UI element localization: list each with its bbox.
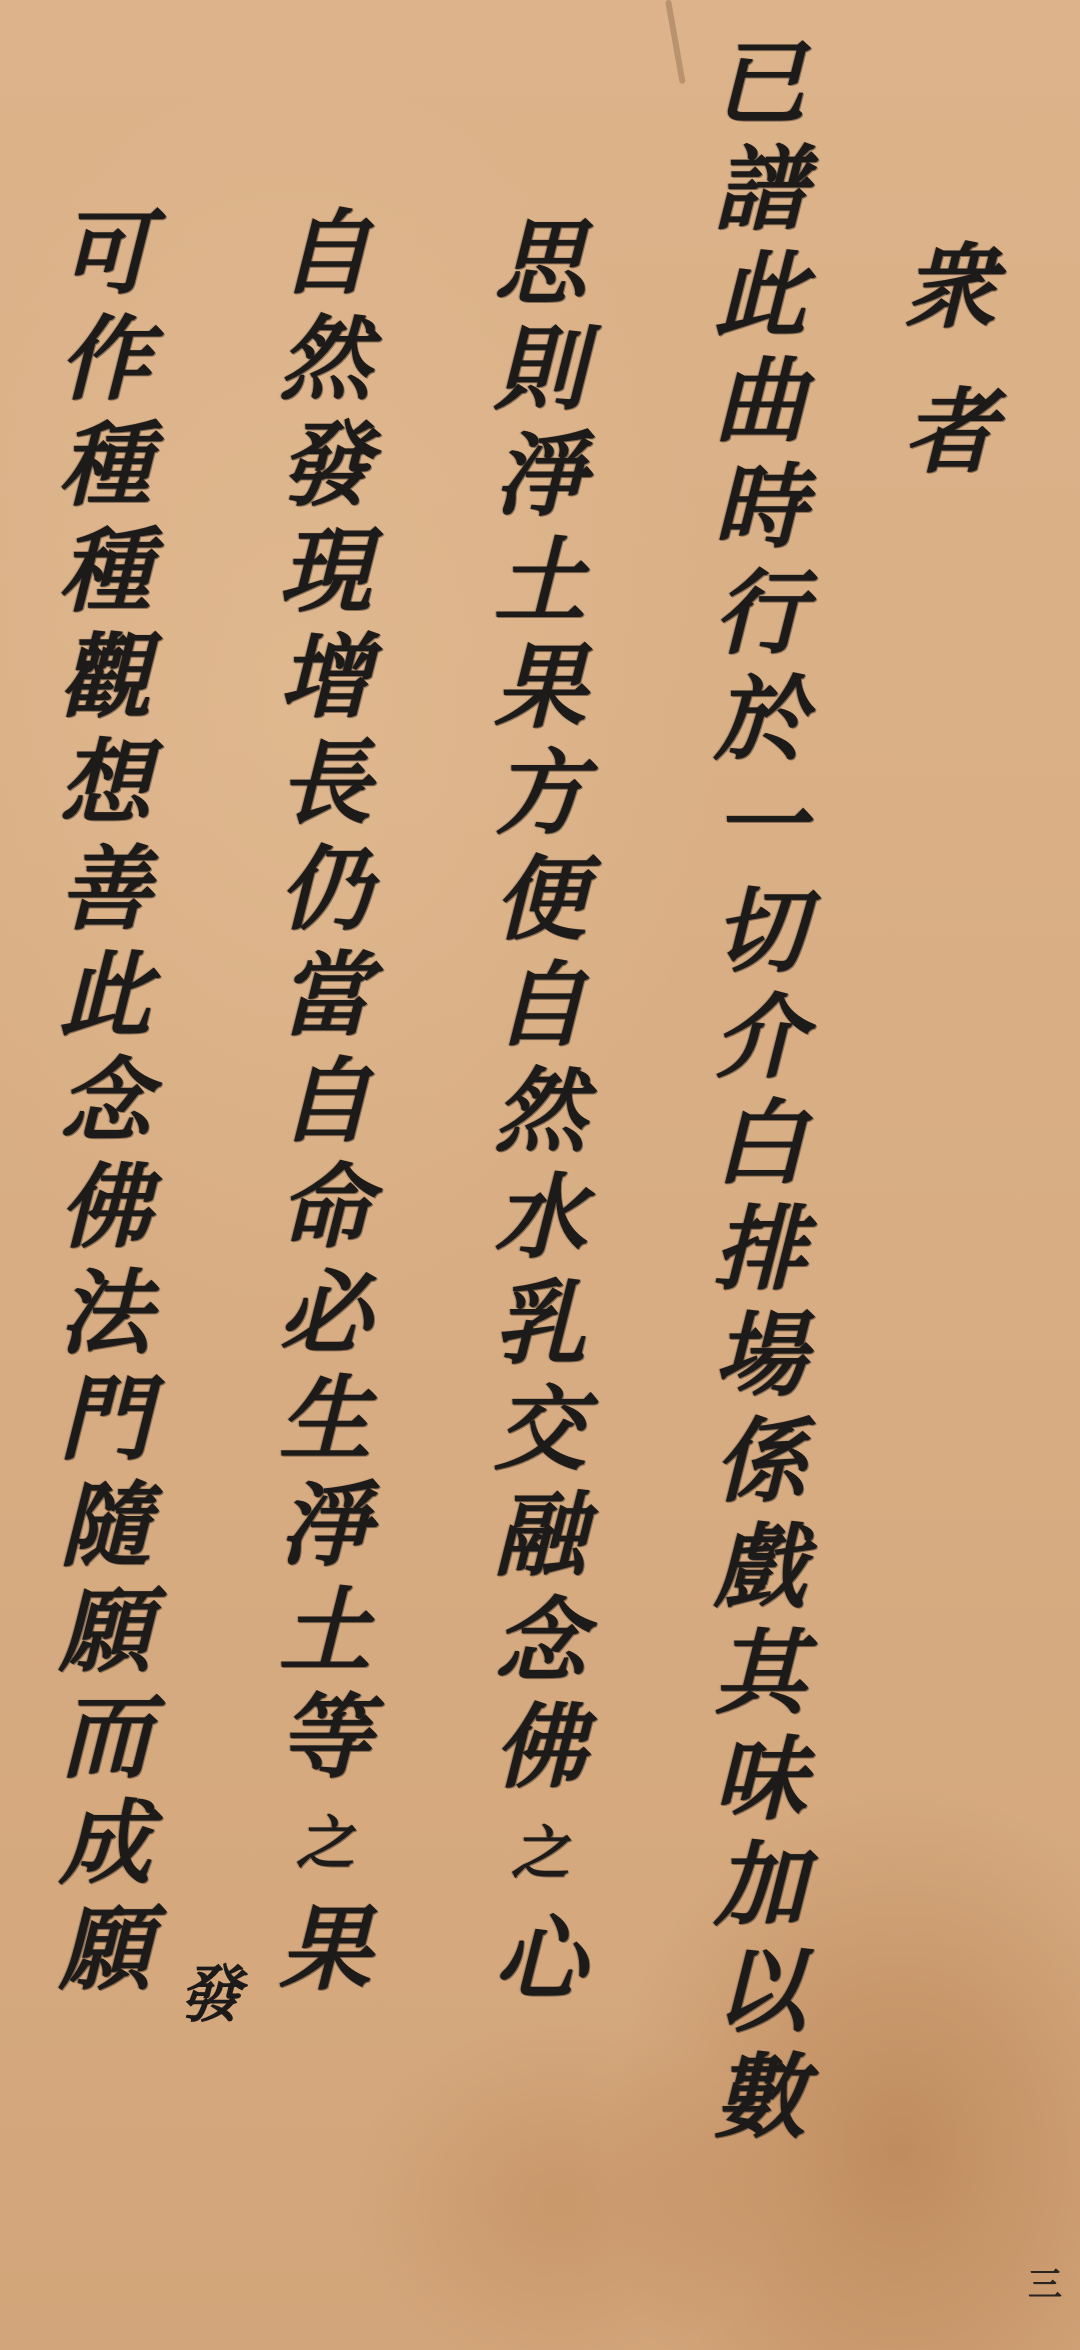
calligraphy-column-2: 已 譜 此 曲 時 行 於 一 切 介 白 排 場 係 戲 其 味 加 以 數 [705, 30, 815, 2150]
character: 成 [50, 1790, 160, 1896]
character: 淨 [270, 1472, 380, 1578]
character: 譜 [705, 136, 815, 242]
character: 而 [50, 1684, 160, 1790]
character: 願 [50, 1578, 160, 1684]
character: 者 [895, 360, 1005, 505]
character: 作 [50, 306, 160, 412]
character: 佛 [50, 1154, 160, 1260]
character: 然 [270, 306, 380, 412]
character: 介 [705, 984, 815, 1090]
character: 生 [270, 1366, 380, 1472]
character: 土 [485, 528, 595, 634]
page-number-mark: 三 [1025, 2255, 1065, 2315]
character: 之 [485, 1800, 595, 1906]
character: 必 [270, 1260, 380, 1366]
character: 願 [50, 1896, 160, 2002]
character: 發 [270, 412, 380, 518]
character: 淨 [485, 422, 595, 528]
character: 此 [50, 942, 160, 1048]
character: 已 [705, 30, 815, 136]
character: 加 [705, 1832, 815, 1938]
character: 曲 [705, 348, 815, 454]
character: 土 [270, 1578, 380, 1684]
character: 味 [705, 1726, 815, 1832]
calligraphy-column-1: 衆 者 [895, 215, 1005, 505]
character: 果 [270, 1896, 380, 2002]
character: 於 [705, 666, 815, 772]
character: 方 [485, 740, 595, 846]
character: 自 [270, 1048, 380, 1154]
character: 水 [485, 1164, 595, 1270]
calligraphy-column-5: 可 作 種 種 觀 想 善 此 念 佛 法 門 隨 願 而 成 願 [50, 200, 160, 2002]
character: 時 [705, 454, 815, 560]
character: 果 [485, 634, 595, 740]
character: 然 [485, 1058, 595, 1164]
character: 則 [485, 316, 595, 422]
character: 自 [485, 952, 595, 1058]
character: 戲 [705, 1514, 815, 1620]
character: 當 [270, 942, 380, 1048]
character: 思 [485, 210, 595, 316]
character: 門 [50, 1366, 160, 1472]
character: 一 [705, 772, 815, 878]
character: 此 [705, 242, 815, 348]
character: 現 [270, 518, 380, 624]
character: 交 [485, 1376, 595, 1482]
calligraphy-column-3: 思 則 淨 土 果 方 便 自 然 水 乳 交 融 念 佛 之 心 [485, 210, 595, 2012]
character: 切 [705, 878, 815, 984]
character: 心 [485, 1906, 595, 2012]
character: 行 [705, 560, 815, 666]
character: 排 [705, 1196, 815, 1302]
character: 係 [705, 1408, 815, 1514]
character: 佛 [485, 1694, 595, 1800]
character: 可 [50, 200, 160, 306]
character: 種 [50, 412, 160, 518]
character: 便 [485, 846, 595, 952]
character: 想 [50, 730, 160, 836]
character: 場 [705, 1302, 815, 1408]
character: 白 [705, 1090, 815, 1196]
character: 之 [270, 1790, 380, 1896]
character: 法 [50, 1260, 160, 1366]
character: 隨 [50, 1472, 160, 1578]
character: 增 [270, 624, 380, 730]
character: 長 [270, 730, 380, 836]
character: 善 [50, 836, 160, 942]
character: 觀 [50, 624, 160, 730]
character: 自 [270, 200, 380, 306]
character: 其 [705, 1620, 815, 1726]
inserted-correction-character: 發 [170, 1955, 250, 2035]
character: 以 [705, 1938, 815, 2044]
character: 等 [270, 1684, 380, 1790]
character: 念 [50, 1048, 160, 1154]
character: 數 [705, 2044, 815, 2150]
character: 衆 [895, 215, 1005, 360]
character: 仍 [270, 836, 380, 942]
character: 融 [485, 1482, 595, 1588]
character: 乳 [485, 1270, 595, 1376]
character: 念 [485, 1588, 595, 1694]
character: 命 [270, 1154, 380, 1260]
character: 種 [50, 518, 160, 624]
calligraphy-column-4: 自 然 發 現 增 長 仍 當 自 命 必 生 淨 土 等 之 果 [270, 200, 380, 2002]
